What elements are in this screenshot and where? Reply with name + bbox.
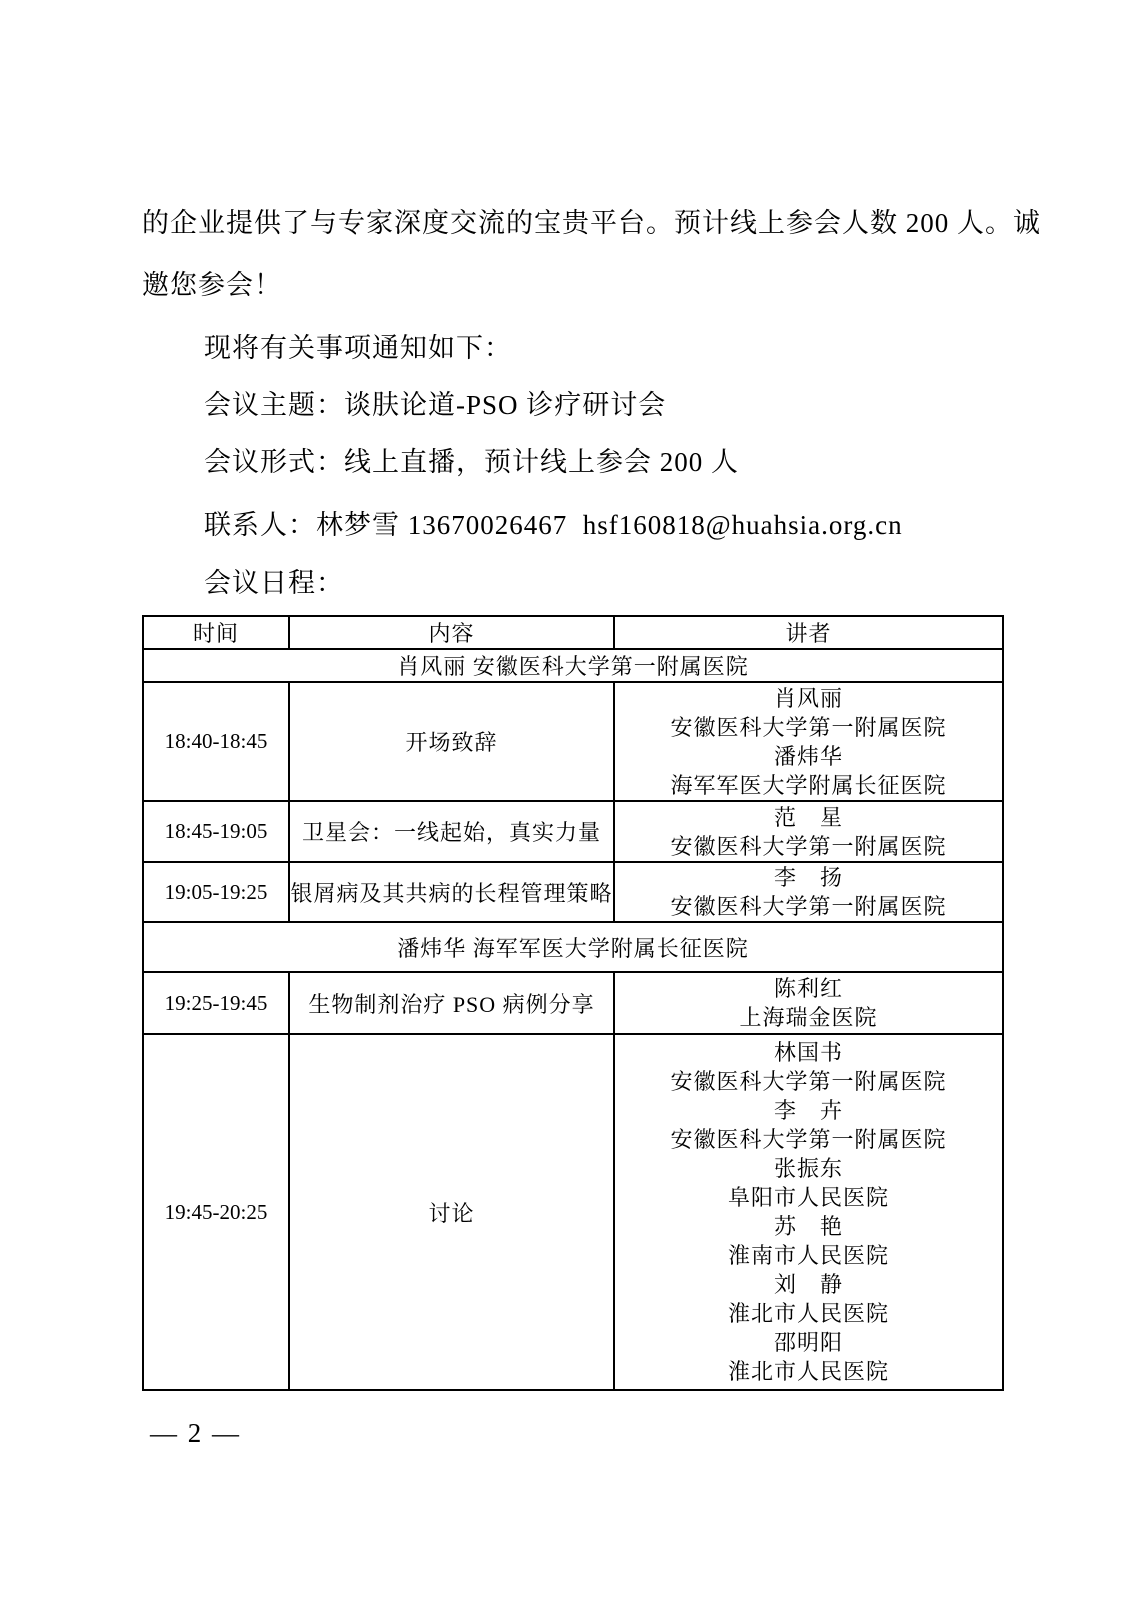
speaker-line: 刘 静 [615,1270,1002,1299]
document-page: 的企业提供了与专家深度交流的宝贵平台。预计线上参会人数 200 人。诚 邀您参会… [0,0,1131,1600]
speaker-line: 阜阳市人民医院 [615,1183,1002,1212]
speaker-line: 海军军医大学附属长征医院 [615,771,1002,800]
speaker-line: 肖风丽 [615,684,1002,713]
notice-line: 现将有关事项通知如下： [204,331,512,365]
speaker-cell: 陈利红上海瑞金医院 [614,972,1003,1034]
agenda-table-body: 肖风丽 安徽医科大学第一附属医院18:40-18:45开场致辞肖风丽安徽医科大学… [143,649,1003,1390]
speaker-line: 安徽医科大学第一附属医院 [615,892,1002,921]
speaker-line: 陈利红 [615,974,1002,1003]
time-cell: 18:45-19:05 [143,801,289,862]
agenda-row: 19:45-20:25讨论林国书安徽医科大学第一附属医院李 卉安徽医科大学第一附… [143,1034,1003,1390]
section-header-cell: 潘炜华 海军军医大学附属长征医院 [143,922,1003,972]
speaker-line: 安徽医科大学第一附属医院 [615,1067,1002,1096]
section-row: 肖风丽 安徽医科大学第一附属医院 [143,649,1003,682]
agenda-row: 19:25-19:45生物制剂治疗 PSO 病例分享陈利红上海瑞金医院 [143,972,1003,1034]
speaker-line: 淮南市人民医院 [615,1241,1002,1270]
speaker-line: 安徽医科大学第一附属医院 [615,1125,1002,1154]
header-cell-content: 内容 [289,616,614,649]
header-cell-time: 时间 [143,616,289,649]
agenda-table-header: 时间 内容 讲者 [143,616,1003,649]
content-cell: 讨论 [289,1034,614,1390]
time-cell: 19:25-19:45 [143,972,289,1034]
speaker-line: 林国书 [615,1038,1002,1067]
speaker-line: 李 扬 [615,863,1002,892]
section-row: 潘炜华 海军军医大学附属长征医院 [143,922,1003,972]
meeting-topic-line: 会议主题：谈肤论道-PSO 诊疗研讨会 [204,388,666,422]
content-cell: 卫星会：一线起始，真实力量 [289,801,614,862]
time-cell: 19:05-19:25 [143,862,289,922]
time-cell: 19:45-20:25 [143,1034,289,1390]
speaker-line: 邵明阳 [615,1328,1002,1357]
speaker-cell: 林国书安徽医科大学第一附属医院李 卉安徽医科大学第一附属医院张振东阜阳市人民医院… [614,1034,1003,1390]
time-cell: 18:40-18:45 [143,682,289,801]
speaker-line: 安徽医科大学第一附属医院 [615,832,1002,861]
speaker-line: 潘炜华 [615,742,1002,771]
speaker-cell: 李 扬安徽医科大学第一附属医院 [614,862,1003,922]
speaker-line: 淮北市人民医院 [615,1299,1002,1328]
speaker-line: 范 星 [615,803,1002,832]
page-number: — 2 — [150,1418,241,1449]
speaker-line: 上海瑞金医院 [615,1003,1002,1032]
agenda-row: 18:45-19:05卫星会：一线起始，真实力量范 星安徽医科大学第一附属医院 [143,801,1003,862]
speaker-cell: 肖风丽安徽医科大学第一附属医院潘炜华海军军医大学附属长征医院 [614,682,1003,801]
agenda-row: 18:40-18:45开场致辞肖风丽安徽医科大学第一附属医院潘炜华海军军医大学附… [143,682,1003,801]
header-row: 时间 内容 讲者 [143,616,1003,649]
body-paragraph-line-2: 邀您参会！ [142,268,282,302]
meeting-format-line: 会议形式：线上直播，预计线上参会 200 人 [204,445,739,479]
content-cell: 生物制剂治疗 PSO 病例分享 [289,972,614,1034]
speaker-line: 淮北市人民医院 [615,1357,1002,1386]
speaker-cell: 范 星安徽医科大学第一附属医院 [614,801,1003,862]
speaker-line: 苏 艳 [615,1212,1002,1241]
speaker-line: 安徽医科大学第一附属医院 [615,713,1002,742]
speaker-line: 张振东 [615,1154,1002,1183]
agenda-label: 会议日程： [204,566,344,600]
agenda-table: 时间 内容 讲者 肖风丽 安徽医科大学第一附属医院18:40-18:45开场致辞… [142,615,1004,1391]
content-cell: 银屑病及其共病的长程管理策略 [289,862,614,922]
body-paragraph-line-1: 的企业提供了与专家深度交流的宝贵平台。预计线上参会人数 200 人。诚 [142,206,1041,240]
speaker-line: 李 卉 [615,1096,1002,1125]
contact-line: 联系人：林梦雪 13670026467 hsf160818@huahsia.or… [204,508,903,542]
content-cell: 开场致辞 [289,682,614,801]
agenda-row: 19:05-19:25银屑病及其共病的长程管理策略李 扬安徽医科大学第一附属医院 [143,862,1003,922]
section-header-cell: 肖风丽 安徽医科大学第一附属医院 [143,649,1003,682]
header-cell-speaker: 讲者 [614,616,1003,649]
